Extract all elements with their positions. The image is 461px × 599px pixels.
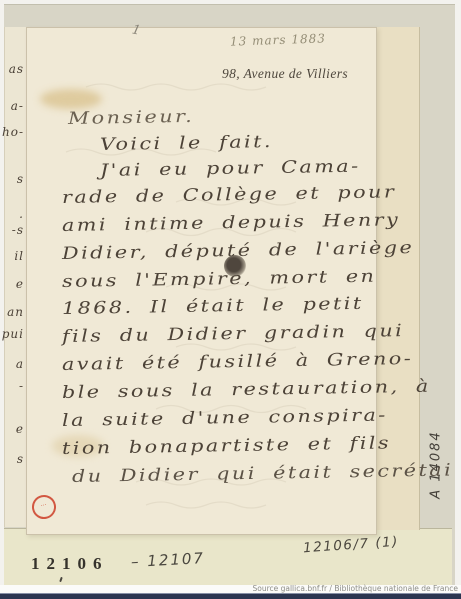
letter-line: Voici le fait.: [100, 132, 273, 155]
footer-strip: Source gallica.bnf.fr / Bibliothèque nat…: [0, 585, 461, 593]
letter-line: Monsieur.: [68, 107, 195, 129]
letter-sheet: 1 13 mars 1883 98, Avenue de Villiers Mo…: [26, 27, 377, 535]
printed-letterhead: 98, Avenue de Villiers: [222, 66, 348, 82]
footer-bar: [0, 593, 461, 599]
margin-fragment: as: [9, 62, 24, 76]
paper-stain: [40, 89, 102, 109]
margin-fragment: pui: [2, 327, 24, 341]
margin-fragment: il: [14, 249, 24, 263]
margin-fragment: a: [16, 357, 24, 371]
margin-fragment: s: [17, 452, 24, 466]
margin-fragment: .: [19, 207, 24, 221]
mount-edge-strip: [376, 27, 420, 530]
margin-fragment: ho-: [2, 125, 24, 139]
previous-page-edge: as a- ho- s . -s il e an pui a - e s: [4, 27, 27, 527]
margin-fragment: -s: [12, 223, 24, 237]
shelfmark-vertical: A 14084: [429, 415, 444, 515]
source-attribution: Source gallica.bnf.fr / Bibliothèque nat…: [252, 585, 458, 593]
margin-fragment: e: [16, 422, 24, 436]
margin-fragment: a-: [11, 99, 24, 113]
margin-fragment: -: [19, 379, 24, 393]
margin-fragment: an: [7, 305, 24, 319]
catalog-number-stamp: 12106: [31, 554, 109, 574]
scanned-letter-page: as a- ho- s . -s il e an pui a - e s: [0, 0, 461, 599]
margin-fragment: s: [17, 172, 24, 186]
margin-fragment: e: [16, 277, 24, 291]
